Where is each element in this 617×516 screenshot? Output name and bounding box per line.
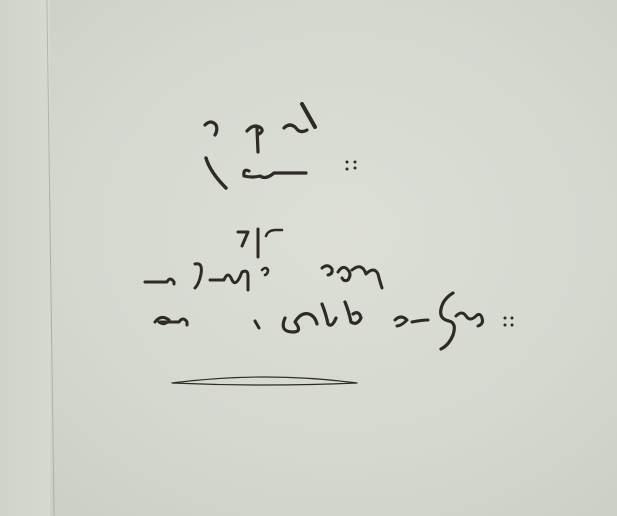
manuscript-page: handwritten manuscript page (0, 0, 617, 516)
four-dot-mark (504, 317, 514, 327)
handwriting (0, 0, 617, 516)
line-1 (205, 104, 315, 152)
line-2 (206, 158, 357, 188)
tapered-rule (172, 377, 357, 385)
line-4 (145, 264, 382, 290)
four-dot-mark (346, 161, 357, 171)
line-5 (155, 293, 514, 349)
line-3 (238, 229, 282, 257)
